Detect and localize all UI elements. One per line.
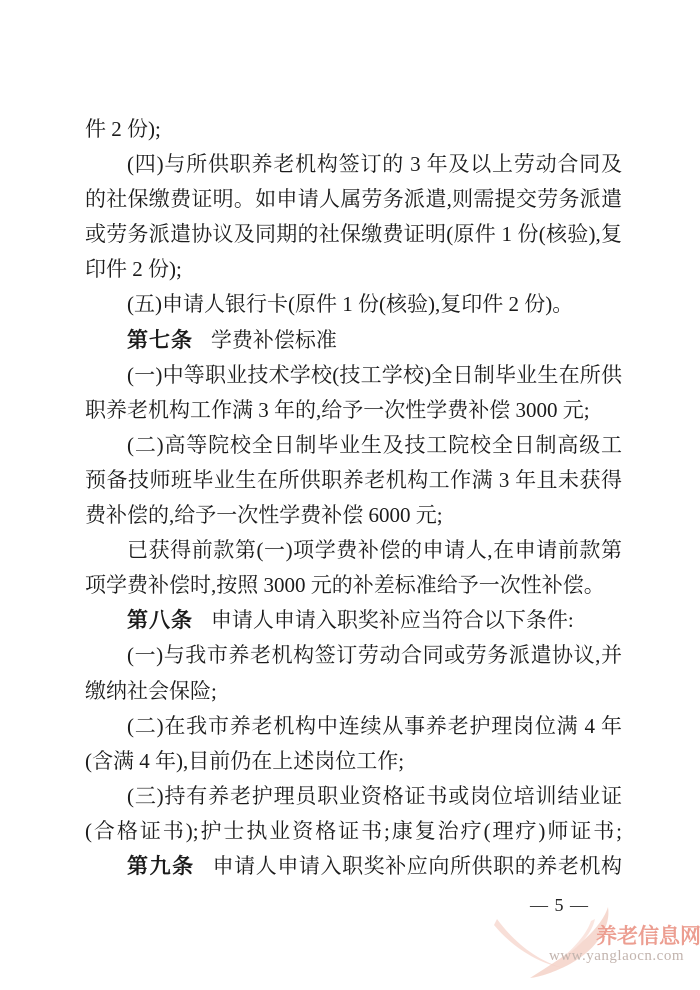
article-number: 第八条 [127,609,193,632]
line-text: 的社保缴费证明。如申请人属劳务派遣,则需提交劳务派遣合同 [85,187,622,217]
text-line: (一)与我市养老机构签订劳动合同或劳务派遣协议,并且 [85,638,622,673]
text-line: (五)申请人银行卡(原件 1 份(核验),复印件 2 份)。 [85,287,622,322]
line-text: 申请人申请入职奖补应当符合以下条件: [211,608,574,632]
article-number: 第七条 [127,329,193,352]
watermark-swoosh-icon [492,905,644,983]
text-line: (二)高等院校全日制毕业生及技工院校全日制高级工班、 [85,428,622,463]
line-text: (合格证书);护士执业资格证书;康复治疗(理疗)师证书; [85,819,622,843]
line-text: (一)与我市养老机构签订劳动合同或劳务派遣协议,并且 [85,643,622,673]
text-line: 的社保缴费证明。如申请人属劳务派遣,则需提交劳务派遣合同 [85,182,622,217]
text-line: 费补偿的,给予一次性学费补偿 6000 元; [85,498,622,533]
line-text: 或劳务派遣协议及同期的社保缴费证明(原件 1 份(核验),复 [85,222,622,246]
text-line: 预备技师班毕业生在所供职养老机构工作满 3 年且未获得前款学 [85,463,622,498]
line-text: 件 2 份); [85,117,161,141]
site-watermark: 养老信息网 www.yanglaocn.com [492,903,700,990]
line-text: 印件 2 份); [85,257,182,281]
text-line: 职养老机构工作满 3 年的,给予一次性学费补偿 3000 元; [85,393,622,428]
line-text: (二)在我市养老机构中连续从事养老护理岗位满 4 年以上 [85,714,622,744]
line-text: (四)与所供职养老机构签订的 3 年及以上劳动合同及同期 [85,152,622,182]
text-line: 缴纳社会保险; [85,674,622,709]
line-text: 学费补偿标准 [211,328,337,352]
watermark-site-name: 养老信息网 [596,920,700,950]
text-line: (二)在我市养老机构中连续从事养老护理岗位满 4 年以上 [85,709,622,744]
text-line: 第七条学费补偿标准 [85,323,622,358]
line-text: 缴纳社会保险; [85,679,217,703]
line-text: (一)中等职业技术学校(技工学校)全日制毕业生在所供 [127,363,622,387]
text-line: 或劳务派遣协议及同期的社保缴费证明(原件 1 份(核验),复 [85,217,622,252]
line-text: 费补偿的,给予一次性学费补偿 6000 元; [85,503,443,527]
line-text: 项学费补偿时,按照 3000 元的补差标准给予一次性补偿。 [85,573,605,597]
text-line: (含满 4 年),目前仍在上述岗位工作; [85,744,622,779]
text-line: (三)持有养老护理员职业资格证书或岗位培训结业证书 [85,779,622,814]
document-body: 件 2 份);(四)与所供职养老机构签订的 3 年及以上劳动合同及同期的社保缴费… [85,112,622,884]
line-text: 已获得前款第(一)项学费补偿的申请人,在申请前款第(二) [85,538,622,568]
text-line: (一)中等职业技术学校(技工学校)全日制毕业生在所供 [85,358,622,393]
text-line: (合格证书);护士执业资格证书;康复治疗(理疗)师证书; [85,814,622,849]
line-text: (五)申请人银行卡(原件 1 份(核验),复印件 2 份)。 [127,292,573,316]
line-text: 预备技师班毕业生在所供职养老机构工作满 3 年且未获得前款学 [85,468,622,498]
line-text: 职养老机构工作满 3 年的,给予一次性学费补偿 3000 元; [85,398,590,422]
line-text: (三)持有养老护理员职业资格证书或岗位培训结业证书 [85,784,622,814]
watermark-site-url: www.yanglaocn.com [549,948,684,965]
text-line: 件 2 份); [85,112,622,147]
text-line: 已获得前款第(一)项学费补偿的申请人,在申请前款第(二) [85,533,622,568]
text-line: 项学费补偿时,按照 3000 元的补差标准给予一次性补偿。 [85,568,622,603]
text-line: 印件 2 份); [85,252,622,287]
article-number: 第九条 [127,855,195,878]
document-page: 件 2 份);(四)与所供职养老机构签订的 3 年及以上劳动合同及同期的社保缴费… [0,0,700,990]
text-line: 第九条申请人申请入职奖补应向所供职的养老机构提交 [85,849,622,884]
line-text: (二)高等院校全日制毕业生及技工院校全日制高级工班、 [85,433,622,463]
text-line: 第八条申请人申请入职奖补应当符合以下条件: [85,603,622,638]
line-text: (含满 4 年),目前仍在上述岗位工作; [85,749,404,773]
text-line: (四)与所供职养老机构签订的 3 年及以上劳动合同及同期 [85,147,622,182]
page-number: — 5 — [530,895,589,916]
